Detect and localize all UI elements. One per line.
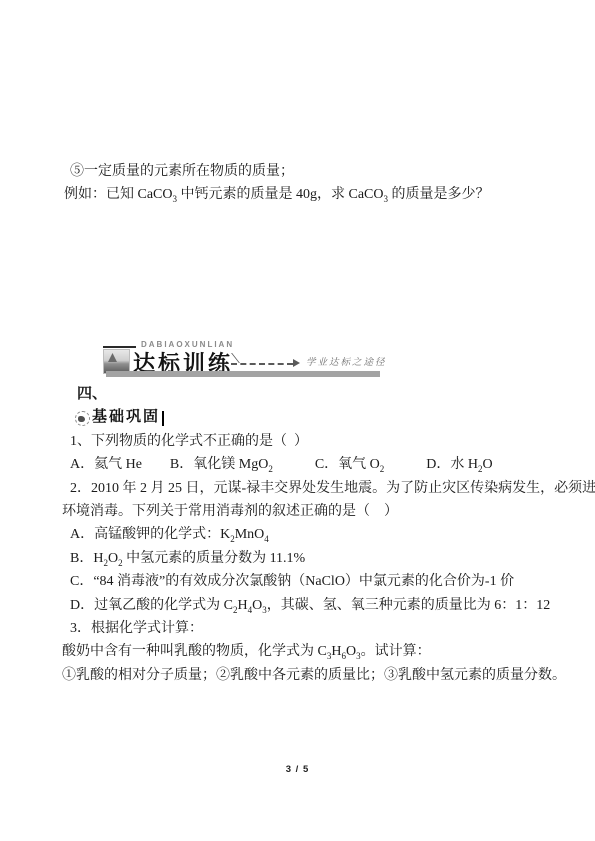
banner-underline-bar [106, 371, 380, 377]
text-line[interactable]: A．高锰酸钾的化学式：K2MnO4 [70, 523, 565, 546]
training-banner: DABIAOXUNLIAN 达标训练 学业达标之途径 [103, 339, 403, 379]
banner-tagline: 学业达标之途径 [306, 354, 426, 368]
text-line[interactable]: B．H2O2 中氢元素的质量分数为 11.1% [70, 547, 565, 570]
arrowhead-icon [293, 359, 300, 367]
exercise-section[interactable]: 四、 基础巩固 1、下列物质的化学式不正确的是（ ）A．氦气 He B．氧化镁 … [62, 383, 565, 687]
text-line[interactable]: 1、下列物质的化学式不正确的是（ ） [70, 430, 565, 453]
text-line[interactable]: 酸奶中含有一种叫乳酸的物质，化学式为 C3H6O3。试计算： [62, 640, 565, 663]
dashed-arrow-line [231, 363, 293, 365]
text-line[interactable]: ⑤一定质量的元素所在物质的质量； [70, 160, 555, 183]
text-line[interactable]: 3．根据化学式计算： [70, 617, 565, 640]
text-line[interactable]: 2．2010 年 2 月 25 日，元谋-禄丰交界处发生地震。为了防止灾区传染病… [70, 477, 565, 500]
exercise-lines[interactable]: 1、下列物质的化学式不正确的是（ ）A．氦气 He B．氧化镁 MgO2 C．氧… [62, 430, 565, 687]
section-heading[interactable]: 四、 [77, 383, 565, 406]
subheading-label: 基础巩固 [92, 406, 160, 429]
section-subheading[interactable]: 基础巩固 [75, 406, 565, 429]
intro-paragraph[interactable]: ⑤一定质量的元素所在物质的质量；例如：已知 CaCO3 中钙元素的质量是 40g… [64, 160, 555, 207]
page-number: 3 / 5 [0, 764, 595, 775]
text-cursor-icon [162, 411, 164, 426]
text-line[interactable]: D．过氧乙酸的化学式为 C2H4O3，其碳、氢、氧三种元素的质量比为 6：1：1… [70, 594, 565, 617]
banner-rule-line [103, 346, 136, 348]
text-line[interactable]: C．“84 消毒液”的有效成分次氯酸钠（NaClO）中氯元素的化合价为-1 价 [70, 570, 565, 593]
text-line[interactable]: 环境消毒。下列关于常用消毒剂的叙述正确的是（ ） [62, 500, 565, 523]
text-line[interactable]: 例如：已知 CaCO3 中钙元素的质量是 40g，求 CaCO3 的质量是多少？ [64, 183, 555, 206]
seal-icon [75, 411, 90, 426]
text-line[interactable]: A．氦气 He B．氧化镁 MgO2 C．氧气 O2 D．水 H2O [70, 453, 565, 476]
text-line[interactable]: ①乳酸的相对分子质量；②乳酸中各元素的质量比；③乳酸中氢元素的质量分数。 [62, 664, 565, 687]
